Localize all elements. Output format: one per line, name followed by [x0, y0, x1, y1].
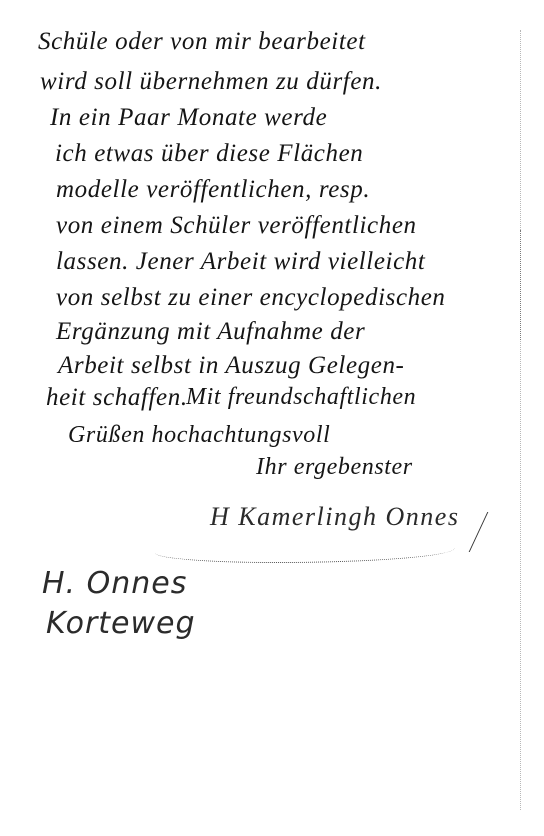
letter-line-1: Schüle oder von mir bearbeitet [38, 28, 366, 56]
letter-page: Schüle oder von mir bearbeitet wird soll… [0, 0, 544, 836]
annotation-line-2: Korteweg [46, 606, 196, 641]
letter-line-9: Ergänzung mit Aufnahme der [56, 318, 365, 346]
letter-line-11: heit schaffen. [46, 384, 188, 412]
letter-line-8: von selbst zu einer encyclopedischen [56, 284, 446, 312]
closing-line-2: Grüßen hochachtungsvoll [68, 422, 330, 449]
letter-line-6: von einem Schüler veröffentlichen [56, 212, 417, 240]
page-edge-shadow [520, 230, 524, 340]
letter-line-4: ich etwas über diese Flächen [55, 140, 363, 168]
letter-line-3: In ein Paar Monate werde [50, 104, 327, 132]
page-edge [520, 30, 522, 810]
letter-line-2: wird soll übernehmen zu dürfen. [40, 68, 382, 96]
annotation-line-1: H. Onnes [42, 566, 187, 601]
closing-line-3: Ihr ergebenster [256, 454, 413, 481]
letter-line-10: Arbeit selbst in Auszug Gelegen- [58, 352, 404, 380]
letter-line-7: lassen. Jener Arbeit wird vielleicht [56, 248, 425, 276]
closing-line-1: Mit freundschaftlichen [186, 384, 416, 411]
signature-flourish [155, 538, 455, 563]
signature: H Kamerlingh Onnes [210, 502, 459, 532]
letter-line-5: modelle veröffentlichen, resp. [56, 176, 370, 204]
